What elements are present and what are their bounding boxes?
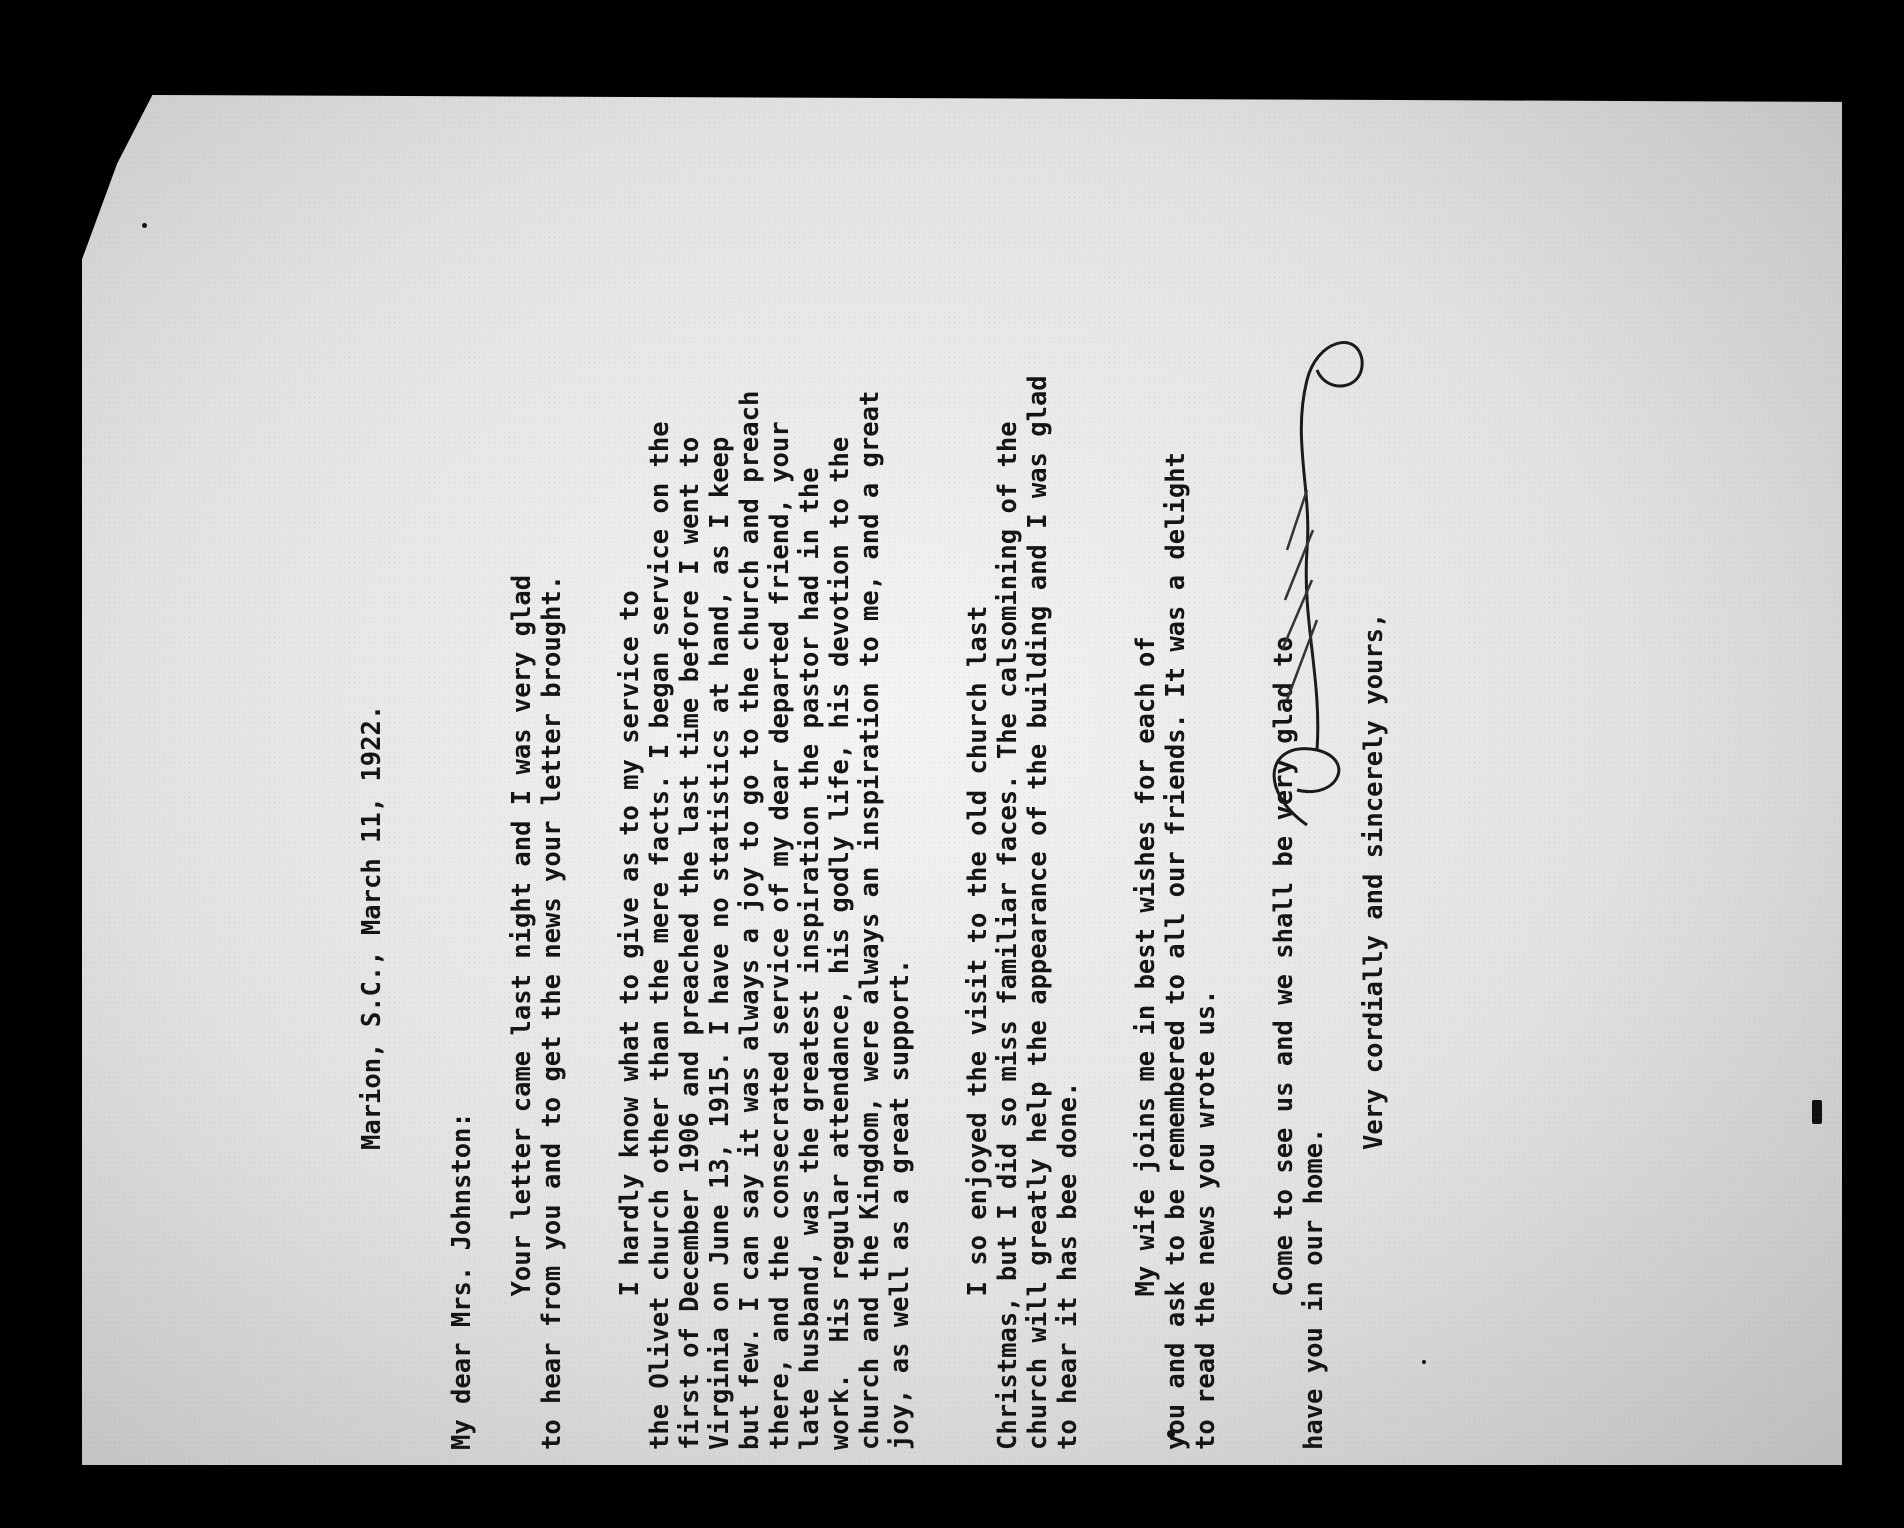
letter-line: Your letter came last night and I was ve… bbox=[507, 575, 537, 1450]
letter-line: I so enjoyed the visit to the old church… bbox=[963, 606, 993, 1450]
ink-speck bbox=[142, 223, 147, 228]
ink-speck bbox=[1812, 1100, 1822, 1124]
dateline: Marion, S.C., March 11, 1922. bbox=[357, 705, 387, 1150]
letter-line: church and the Kingdom, were always an i… bbox=[855, 391, 885, 1450]
ink-speck bbox=[1422, 1360, 1426, 1364]
letter-line: Virginia on June 13, 1915. I have no sta… bbox=[705, 437, 735, 1450]
letter-line: My wife joins me in best wishes for each… bbox=[1131, 636, 1161, 1450]
handwritten-signature bbox=[1247, 320, 1377, 840]
letter-line: church will greatly help the appearance … bbox=[1023, 375, 1053, 1450]
letter-body: Marion, S.C., March 11, 1922. My dear Mr… bbox=[357, 210, 1257, 1450]
letter-line: to hear from you and to get the news you… bbox=[537, 575, 567, 1450]
letter-line: to read the news you wrote us. bbox=[1191, 989, 1221, 1450]
letter-line: I hardly know what to give as to my serv… bbox=[615, 590, 645, 1450]
ink-speck bbox=[1167, 1430, 1175, 1438]
letter-line: first of December 1906 and preached the … bbox=[675, 437, 705, 1450]
letter-page: Marion, S.C., March 11, 1922. My dear Mr… bbox=[82, 95, 1842, 1465]
letter-line: work. His regular attendance, his godly … bbox=[825, 437, 855, 1450]
letter-line: you and ask to be remembered to all our … bbox=[1161, 452, 1191, 1450]
letter-line: Christmas, but I did so miss familiar fa… bbox=[993, 421, 1023, 1450]
letter-line: late husband, was the greatest inspirati… bbox=[795, 467, 825, 1450]
letter-line: have you in our home. bbox=[1299, 1128, 1329, 1450]
letter-line: there, and the consecrated service of my… bbox=[765, 421, 795, 1450]
salutation: My dear Mrs. Johnston: bbox=[447, 1112, 477, 1450]
letter-line: to hear it has bee done. bbox=[1053, 1082, 1083, 1450]
letter-line: but few. I can say it was always a joy t… bbox=[735, 391, 765, 1450]
letter-line: the Olivet church other than the mere fa… bbox=[645, 421, 675, 1450]
letter-line: joy, as well as a great support. bbox=[885, 959, 915, 1450]
